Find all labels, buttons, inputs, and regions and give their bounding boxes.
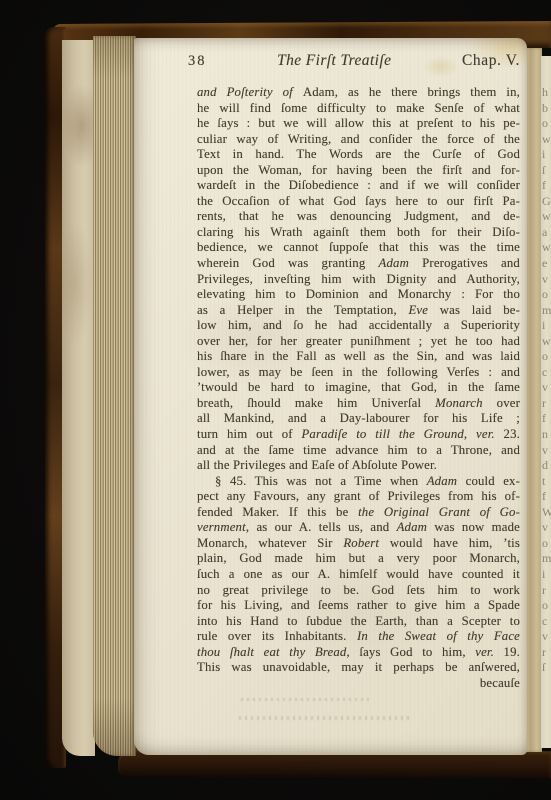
text-line: fended Maker. If this be the Original Gr… — [197, 505, 520, 521]
text-line: he ſays : but we will allow this at preſ… — [197, 116, 520, 132]
edge-fragment: v — [542, 272, 551, 288]
edge-fragment: i — [542, 318, 551, 334]
edge-fragment: t — [542, 474, 551, 490]
text-line: culiar way of Writing, and conſider the … — [197, 132, 520, 148]
text-line: rents, that he was denouncing Judgment, … — [197, 209, 520, 225]
text-line: Monarch, whatever Sir Robert would have … — [197, 536, 520, 552]
edge-fragment: w — [542, 240, 551, 256]
text-line: upon the Woman, for having been the firſ… — [197, 163, 520, 179]
text-line: This was unavoidable, may it perhaps be … — [197, 660, 520, 676]
endpaper-strip — [62, 40, 95, 756]
edge-fragment: r — [542, 645, 551, 661]
edge-fragment: W — [542, 505, 551, 521]
text-line: thou ſhalt eat thy Bread, ſays God to hi… — [197, 645, 520, 661]
text-line: elevating him to Dominion and Monarchy :… — [197, 287, 520, 303]
edge-fragment: w — [542, 334, 551, 350]
text-line: he will find ſome difficulty to make Sen… — [197, 101, 520, 117]
text-line: vernment, as our A. tells us, and Adam w… — [197, 520, 520, 536]
edge-fragment: w — [542, 209, 551, 225]
text-line: wherein God was granting Adam Prerogativ… — [197, 256, 520, 272]
text-line: bedience, we cannot ſuppoſe that this wa… — [197, 240, 520, 256]
edge-fragment: b — [542, 101, 551, 117]
next-page-strip: hbowiſfGwawevomiwocvrfnvdtfWvomirocvrſ — [541, 56, 551, 748]
edge-fragment: i — [542, 567, 551, 583]
edge-fragment: a — [542, 225, 551, 241]
bleedthrough-smudge — [239, 716, 411, 720]
text-block-lines: and Poſterity of Adam, as he there bring… — [197, 85, 520, 676]
text-line: § 45. This was not a Time when Adam coul… — [197, 474, 520, 490]
edge-fragment: v — [542, 443, 551, 459]
text-line: Privileges, inveſting him with Dignity a… — [197, 272, 520, 288]
edge-fragment: r — [542, 583, 551, 599]
edge-fragment: f — [542, 489, 551, 505]
edge-fragment: n — [542, 427, 551, 443]
page-edge-stack — [93, 36, 136, 756]
text-line: lower, as may be ſeen in the following V… — [197, 365, 520, 381]
text-line: low him, and ſo he had accidentally a Su… — [197, 318, 520, 334]
text-line: ’twould be hard to imagine, that God, in… — [197, 380, 520, 396]
edge-fragment: h — [542, 85, 551, 101]
edge-fragment: m — [542, 303, 551, 319]
text-line: over her, for her greater puniſhment ; y… — [197, 334, 520, 350]
text-line: and at the ſame time advance him to a Th… — [197, 443, 520, 459]
bleedthrough-smudge — [241, 698, 369, 701]
text-line: and Poſterity of Adam, as he there bring… — [197, 85, 520, 101]
edge-fragment: ſ — [542, 163, 551, 179]
edge-fragment: G — [542, 194, 551, 210]
text-line: claring his Wrath againſt them both for … — [197, 225, 520, 241]
text-line: for his Living, and ſeems rather to give… — [197, 598, 520, 614]
text-line: his ſhare in the Fall as well as the Sin… — [197, 349, 520, 365]
running-title: The Firſt Treatiſe — [207, 52, 462, 70]
text-line: all the Privileges and Eaſe of Abſolute … — [197, 458, 520, 474]
text-line: all Mankind, and a Day-labourer for his … — [197, 411, 520, 427]
text-line: as a Helper in the Temptation, Eve was l… — [197, 303, 520, 319]
book-photo: hbowiſfGwawevomiwocvrfnvdtfWvomirocvrſ 3… — [0, 0, 551, 800]
edge-fragment: ſ — [542, 660, 551, 676]
edge-fragment: e — [542, 256, 551, 272]
text-line: into his Hand to ſubdue the Earth, than … — [197, 614, 520, 630]
text-line: ſuch a one as our A. himſelf would have … — [197, 567, 520, 583]
edge-fragment: f — [542, 178, 551, 194]
edge-fragment: v — [542, 520, 551, 536]
text-line: turn him out of Paradiſe to till the Gro… — [197, 427, 520, 443]
page-header: 38 The Firſt Treatiſe Chap. V. — [197, 52, 520, 72]
edge-fragment: o — [542, 598, 551, 614]
edge-fragment: i — [542, 147, 551, 163]
next-page-text-fragments: hbowiſfGwawevomiwocvrfnvdtfWvomirocvrſ — [541, 56, 551, 676]
text-line: rule over its Inhabitants. In the Sweat … — [197, 629, 520, 645]
text-line: plain, God made him but a very poor Mona… — [197, 551, 520, 567]
edge-fragment: o — [542, 349, 551, 365]
edge-fragment: o — [542, 287, 551, 303]
edge-fragment: v — [542, 380, 551, 396]
text-block: 38 The Firſt Treatiſe Chap. V. and Poſte… — [197, 52, 520, 691]
edge-fragment: o — [542, 116, 551, 132]
edge-fragment: o — [542, 536, 551, 552]
text-line: the Occaſion of what God ſays here to ou… — [197, 194, 520, 210]
edge-fragment: r — [542, 396, 551, 412]
edge-fragment: v — [542, 629, 551, 645]
text-line: Text in hand. The Words are the Curſe of… — [197, 147, 520, 163]
catchword: becauſe — [197, 676, 520, 692]
text-line: pect any Favours, any grant of Privilege… — [197, 489, 520, 505]
page-number: 38 — [188, 53, 207, 70]
text-line: no great privilege to be. God ſets him t… — [197, 583, 520, 599]
edge-fragment: f — [542, 411, 551, 427]
edge-fragment: w — [542, 132, 551, 148]
chapter-heading: Chap. V. — [462, 52, 520, 70]
book-page: 38 The Firſt Treatiſe Chap. V. and Poſte… — [134, 38, 527, 755]
edge-fragment: d — [542, 458, 551, 474]
edge-fragment: c — [542, 614, 551, 630]
text-line: wardeſt in the Diſobedience : and if we … — [197, 178, 520, 194]
edge-fragment: m — [542, 551, 551, 567]
text-line: breath, ſhould make him Univerſal Monarc… — [197, 396, 520, 412]
edge-fragment: c — [542, 365, 551, 381]
